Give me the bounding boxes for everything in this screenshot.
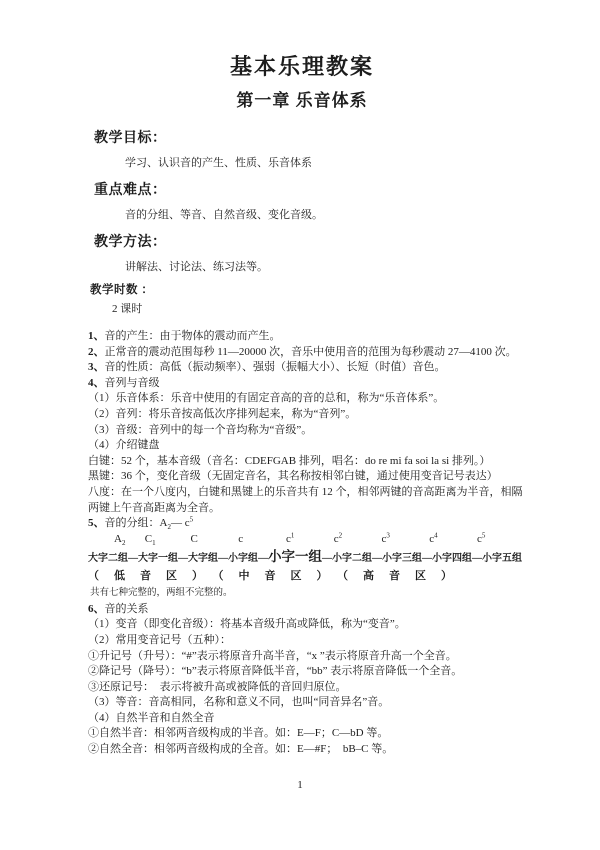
content-line-flat: ②降记号（降号）：“b”表示将原音降低半音，“bb” 表示将原音降低一个全音。 (88, 664, 516, 680)
note-row: A2 C1 C c c1 c2 c3 c4 c5 (88, 532, 516, 547)
document-page: 基本乐理教案 第一章 乐音体系 教学目标： 学习、认识音的产生、性质、乐音体系 … (0, 0, 600, 850)
note-sup: 3 (386, 531, 390, 539)
content-line-natural-wholetone: ②自然全音：相邻两音级构成的全音。如：E—#F； bB–C 等。 (88, 742, 516, 758)
meta-heading-hours: 教学时数 ： (90, 283, 516, 297)
item-text: （4）自然半音和自然全音 (88, 712, 215, 724)
item-text: ③还原记号： 表示将被升高或被降低的音回归原位。 (88, 681, 347, 693)
group-names-line: 大字二组—大字一组—大字组—小字组—小字一组—小字二组—小字三组—小字四组—小字… (88, 548, 516, 567)
content-line-4-2: （2）音列：将乐音按高低次序排列起来，称为“音列”。 (88, 407, 516, 423)
note-sub: 2 (122, 539, 126, 547)
note-sup: 1 (291, 531, 295, 539)
content-line-natural-semitone: ①自然半音：相邻两音级构成的半音。如：E—F；C—bD 等。 (88, 726, 516, 742)
note-c3: c3 (382, 532, 427, 547)
meta-section-methods: 教学方法： 讲解法、讨论法、练习法等。 (88, 234, 516, 274)
content-line-octave-1: 八度：在一个八度内，白键和黑键上的乐音共有 12 个，相邻两键的音高距离为半音，… (88, 485, 516, 501)
meta-heading-goals: 教学目标： (94, 130, 516, 148)
note-c-small: c (238, 532, 283, 547)
note-c1-low: C1 (145, 532, 188, 547)
content-line-white-keys: 白键：52 个，基本音级（音名：CDEFGAB 排列，唱名：do re mi f… (88, 454, 516, 470)
item-text: （2）音列：将乐音按高低次序排列起来，称为“音列”。 (88, 408, 356, 420)
item-number: 4、 (88, 377, 105, 389)
note-c5: c5 (477, 532, 522, 547)
note-base: c (238, 533, 243, 545)
item-text: 八度：在一个八度内，白键和黑键上的乐音共有 12 个，相邻两键的音高距离为半音，… (88, 486, 523, 498)
note-c4: c4 (429, 532, 474, 547)
content-line-4-3: （3）音级：音列中的每一个音均称为“音级”。 (88, 423, 516, 439)
content-line-4: 4、音列与音级 (88, 376, 516, 392)
content-line-2: 2、正常音的震动范围每秒 11—20000 次，音乐中使用音的范围为每秒震动 2… (88, 345, 516, 361)
item-text: 音的产生：由于物体的震动而产生。 (105, 330, 281, 342)
item-text: （3）等音：音高相同，名称和意义不同，也叫“同音异名”音。 (88, 696, 389, 708)
meta-body-hours: 2 课时 (112, 302, 516, 316)
note-sub: 1 (152, 539, 156, 547)
item-text: （3）音级：音列中的每一个音均称为“音级”。 (88, 424, 312, 436)
item-number: 2、 (88, 346, 105, 358)
item-text: 白键：52 个，基本音级（音名：CDEFGAB 排列，唱名：do re mi f… (88, 455, 490, 467)
groups-highlight: 小字一组 (268, 549, 322, 564)
item-text: 两键上午音高距离为全音。 (88, 502, 220, 514)
meta-section-hours: 教学时数 ： 2 课时 (88, 283, 516, 316)
item-text: ①自然半音：相邻两音级构成的半音。如：E—F；C—bD 等。 (88, 727, 388, 739)
meta-heading-keypoints: 重点难点： (94, 182, 516, 200)
content-line-sharp: ①升记号（升号）：“#”表示将原音升高半音，“x ”表示将原音升高一个全音。 (88, 649, 516, 665)
content-line-enharmonic: （3）等音：音高相同，名称和意义不同，也叫“同音异名”音。 (88, 695, 516, 711)
item-text: 黑键：36 个，变化音级（无固定音名，其名称按相邻白键，通过使用变音记号表达） (88, 470, 498, 482)
note-base: C (145, 533, 152, 545)
item-text: （1）变音（即变化音级）：将基本音级升高或降低，称为“变音”。 (88, 618, 406, 630)
note-sup: 4 (434, 531, 438, 539)
grouping-intro-line: 5、音的分组：A2— c5 (88, 516, 516, 532)
note-base: A (114, 533, 122, 545)
item-number: 5、 (88, 517, 105, 529)
groups-suffix: —小字二组—小字三组—小字四组—小字五组 (322, 553, 522, 564)
page-number: 1 (0, 779, 600, 791)
note-sup: 2 (339, 531, 343, 539)
meta-body-keypoints: 音的分组、等音、自然音级、变化音级。 (125, 208, 516, 222)
note-c2: c2 (334, 532, 379, 547)
doc-title: 基本乐理教案 (88, 52, 516, 82)
content-line-1: 1、音的产生：由于物体的震动而产生。 (88, 329, 516, 345)
item-text: ①升记号（升号）：“#”表示将原音升高半音，“x ”表示将原音升高一个全音。 (88, 650, 457, 662)
completeness-note: 共有七种完整的，两组不完整的。 (90, 586, 516, 600)
content-line-4-4: （4）介绍键盘 (88, 438, 516, 454)
content-list: 1、音的产生：由于物体的震动而产生。 2、正常音的震动范围每秒 11—20000… (88, 329, 516, 758)
meta-body-goals: 学习、认识音的产生、性质、乐音体系 (125, 156, 516, 170)
item-text: 音列与音级 (105, 377, 160, 389)
content-line-6-1: （1）变音（即变化音级）：将基本音级升高或降低，称为“变音”。 (88, 617, 516, 633)
item-number: 3、 (88, 361, 105, 373)
content-line-6-2: （2）常用变音记号（五种）： (88, 633, 516, 649)
range-dash: — (171, 517, 185, 529)
note-a2: A2 (114, 532, 142, 547)
note-sup: 5 (482, 531, 486, 539)
note-c-great: C (191, 532, 236, 547)
item-text: （4）介绍键盘 (88, 439, 160, 451)
item-text: （1）乐音体系：乐音中使用的有固定音高的音的总和，称为“乐音体系”。 (88, 392, 444, 404)
item-text: （2）常用变音记号（五种）： (88, 634, 231, 646)
item-text: ②降记号（降号）：“b”表示将原音降低半音，“bb” 表示将原音降低一个全音。 (88, 665, 462, 677)
item-text: 正常音的震动范围每秒 11—20000 次，音乐中使用音的范围为每秒震动 27—… (105, 346, 517, 358)
note-base: C (191, 533, 198, 545)
content-line-6: 6、音的关系 (88, 602, 516, 618)
meta-body-methods: 讲解法、讨论法、练习法等。 (125, 260, 516, 274)
item-text: ②自然全音：相邻两音级构成的全音。如：E—#F； bB–C 等。 (88, 743, 393, 755)
chapter-title: 第一章 乐音体系 (88, 88, 516, 114)
registers-line: （低音区）（中音区）（高音区） (88, 568, 516, 585)
note-c1: c1 (286, 532, 331, 547)
meta-section-keypoints: 重点难点： 音的分组、等音、自然音级、变化音级。 (88, 182, 516, 222)
content-line-6-4: （4）自然半音和自然全音 (88, 711, 516, 727)
item-text: 音的性质：高低（振动频率）、强弱（振幅大小）、长短（时值）音色。 (105, 361, 446, 373)
meta-section-goals: 教学目标： 学习、认识音的产生、性质、乐音体系 (88, 130, 516, 170)
groups-prefix: 大字二组—大字一组—大字组—小字组— (88, 553, 268, 564)
content-line-3: 3、音的性质：高低（振动频率）、强弱（振幅大小）、长短（时值）音色。 (88, 360, 516, 376)
item-number: 1、 (88, 330, 105, 342)
grouping-label: 音的分组： (105, 517, 160, 529)
content-line-octave-2: 两键上午音高距离为全音。 (88, 501, 516, 517)
item-text: 音的关系 (105, 603, 149, 615)
item-number: 6、 (88, 603, 105, 615)
range-high-sup: 5 (190, 515, 194, 523)
content-line-natural: ③还原记号： 表示将被升高或被降低的音回归原位。 (88, 680, 516, 696)
content-line-4-1: （1）乐音体系：乐音中使用的有固定音高的音的总和，称为“乐音体系”。 (88, 391, 516, 407)
meta-heading-methods: 教学方法： (94, 234, 516, 252)
content-line-black-keys: 黑键：36 个，变化音级（无固定音名，其名称按相邻白键，通过使用变音记号表达） (88, 469, 516, 485)
